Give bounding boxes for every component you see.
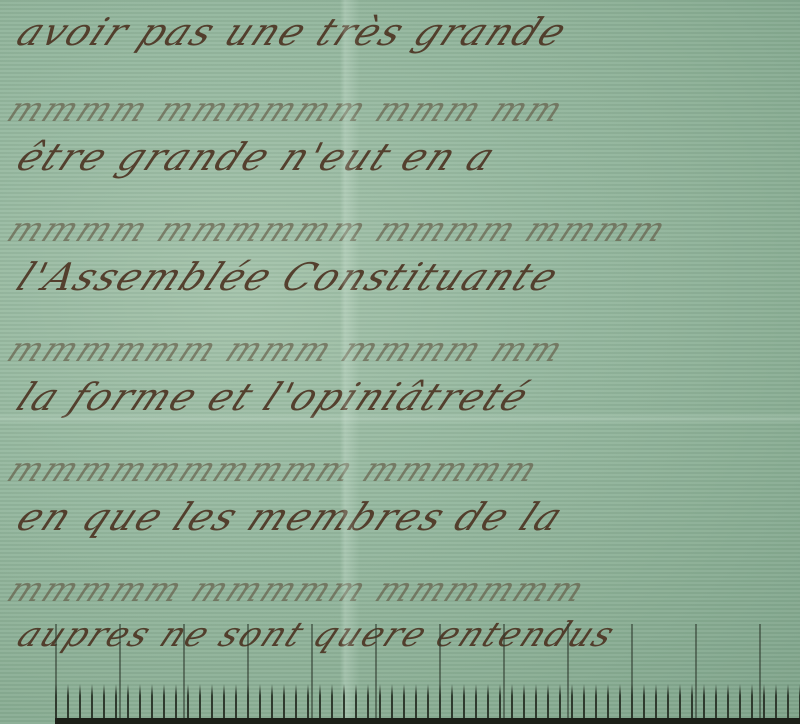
handwritten-line: mmmmmm mmm mmmm mm — [1, 330, 572, 370]
handwritten-line: mmmmmmmmmm mmmmm — [1, 450, 546, 490]
handwritten-line: être grande n'eut en a — [10, 135, 504, 179]
handwritten-line: mmmmm mmmmm mmmmmm — [1, 570, 593, 610]
ruler-edge — [55, 718, 800, 724]
handwritten-line: avoir pas une très grande — [10, 10, 576, 54]
handwritten-line: mmmm mmmmmm mmmm mmmm — [1, 210, 674, 250]
handwritten-line: l'Assemblée Constituante — [10, 255, 568, 299]
handwritten-line: mmmm mmmmmm mmm mm — [1, 90, 572, 130]
handwritten-line: en que les membres de la — [10, 495, 572, 539]
manuscript-photo: avoir pas une très grandemmmm mmmmmm mmm… — [0, 0, 800, 724]
handwritten-line: la forme et l'opiniâtreté — [10, 375, 538, 419]
